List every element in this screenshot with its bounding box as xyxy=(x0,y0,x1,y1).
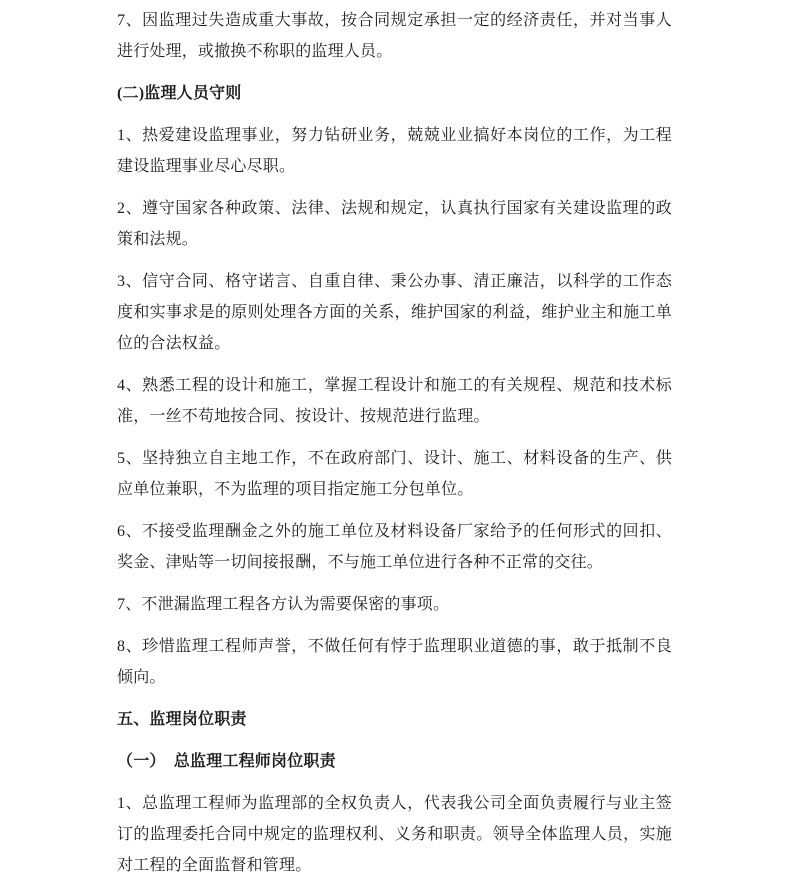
document-page: 7、因监理过失造成重大事故，按合同规定承担一定的经济责任，并对当事人进行处理，或… xyxy=(0,0,789,877)
paragraph-item-7-liability: 7、因监理过失造成重大事故，按合同规定承担一定的经济责任，并对当事人进行处理，或… xyxy=(117,5,672,67)
paragraph-rule-7: 7、不泄漏监理工程各方认为需要保密的事项。 xyxy=(117,589,672,620)
subsection-heading-chief-engineer-duties: （一） 总监理工程师岗位职责 xyxy=(117,746,672,777)
section-heading-2-personnel-rules: (二)监理人员守则 xyxy=(117,78,672,109)
section-heading-5-job-duties: 五、监理岗位职责 xyxy=(117,704,672,735)
paragraph-rule-5: 5、坚持独立自主地工作，不在政府部门、设计、施工、材料设备的生产、供应单位兼职，… xyxy=(117,443,672,505)
paragraph-chief-engineer-duty-1: 1、总监理工程师为监理部的全权负责人，代表我公司全面负责履行与业主签订的监理委托… xyxy=(117,788,672,877)
paragraph-rule-8: 8、珍惜监理工程师声誉，不做任何有悖于监理职业道德的事，敢于抵制不良倾向。 xyxy=(117,631,672,693)
paragraph-rule-1: 1、热爱建设监理事业，努力钻研业务，兢兢业业搞好本岗位的工作，为工程建设监理事业… xyxy=(117,120,672,182)
paragraph-rule-6: 6、不接受监理酬金之外的施工单位及材料设备厂家给予的任何形式的回扣、奖金、津贴等… xyxy=(117,516,672,578)
paragraph-rule-4: 4、熟悉工程的设计和施工，掌握工程设计和施工的有关规程、规范和技术标准，一丝不苟… xyxy=(117,370,672,432)
paragraph-rule-2: 2、遵守国家各种政策、法律、法规和规定，认真执行国家有关建设监理的政策和法规。 xyxy=(117,193,672,255)
paragraph-rule-3: 3、信守合同、格守诺言、自重自律、秉公办事、清正廉洁，以科学的工作态度和实事求是… xyxy=(117,266,672,359)
